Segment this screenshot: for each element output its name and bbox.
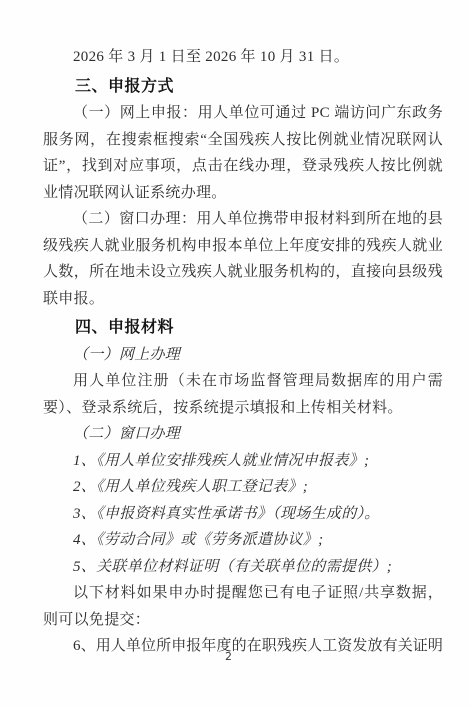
material-item-1: 1、《用人单位安排残疾人就业情况申报表》; [43,448,443,475]
date-range-line: 2026 年 3 月 1 日至 2026 年 10 月 31 日。 [43,44,443,71]
page-footer: 2 [0,650,457,663]
material-item-5: 5、关联单位材料证明（有关联单位的需提供）; [43,554,443,581]
material-item-4: 4、《劳动合同》或《劳务派遣协议》; [43,527,443,554]
section-heading-declaration-materials: 四、申报材料 [43,315,443,342]
paragraph-registration: 用人单位注册（未在市场监督管理局数据库的用户需要）、登录系统后，按系统提示填报和… [43,368,443,421]
document-page: 2026 年 3 月 1 日至 2026 年 10 月 31 日。 三、申报方式… [0,0,471,707]
page-number: 2 [225,650,232,663]
paragraph-exemption-note: 以下材料如果申办时提醒您已有电子证照/共享数据，则可以免提交： [43,580,443,633]
subheading-online-processing: （一）网上办理 [43,342,443,369]
paragraph-window-declaration: （二）窗口办理：用人单位携带申报材料到所在地的县级残疾人就业服务机构申报本单位上… [43,206,443,312]
material-item-2: 2、《用人单位残疾人职工登记表》; [43,474,443,501]
document-body: 2026 年 3 月 1 日至 2026 年 10 月 31 日。 三、申报方式… [43,44,443,660]
paragraph-online-declaration: （一）网上申报：用人单位可通过 PC 端访问广东政务服务网，在搜索框搜索“全国残… [43,100,443,206]
subheading-window-processing: （二）窗口办理 [43,421,443,448]
section-heading-declaration-method: 三、申报方式 [43,74,443,101]
material-item-3: 3、《申报资料真实性承诺书》（现场生成的）。 [43,501,443,528]
